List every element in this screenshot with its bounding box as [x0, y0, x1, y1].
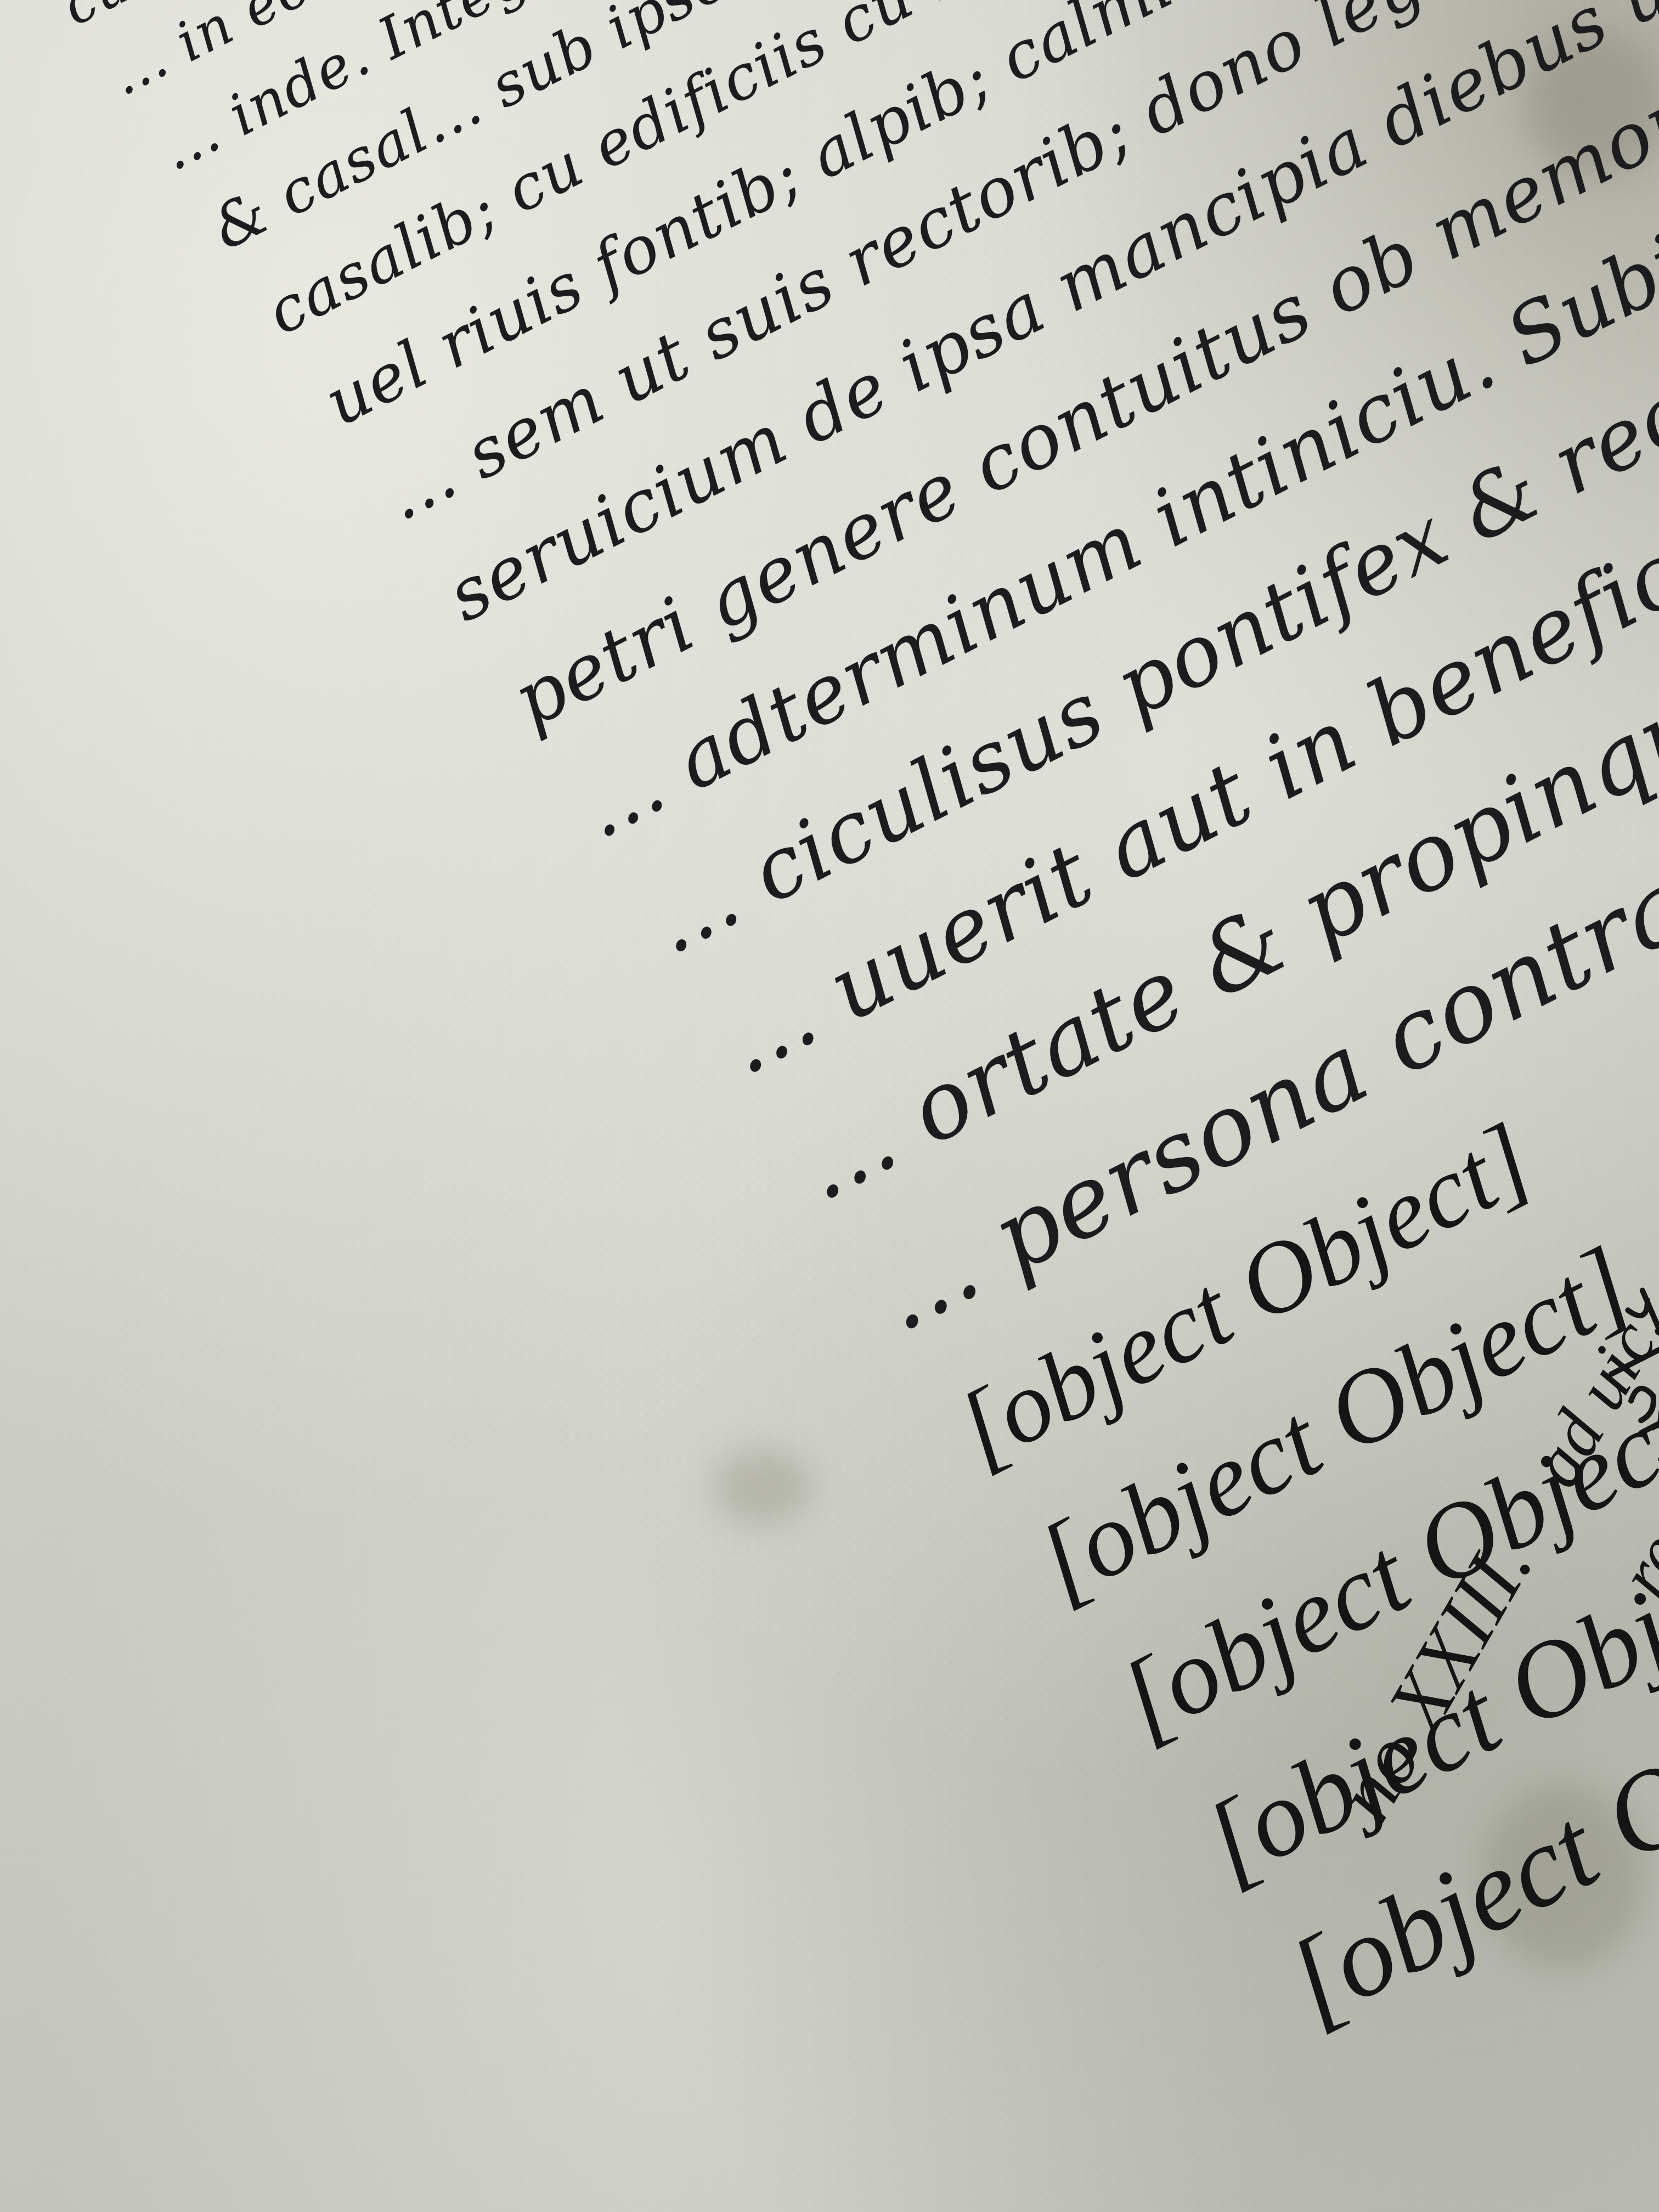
parchment-stain	[713, 1448, 812, 1525]
